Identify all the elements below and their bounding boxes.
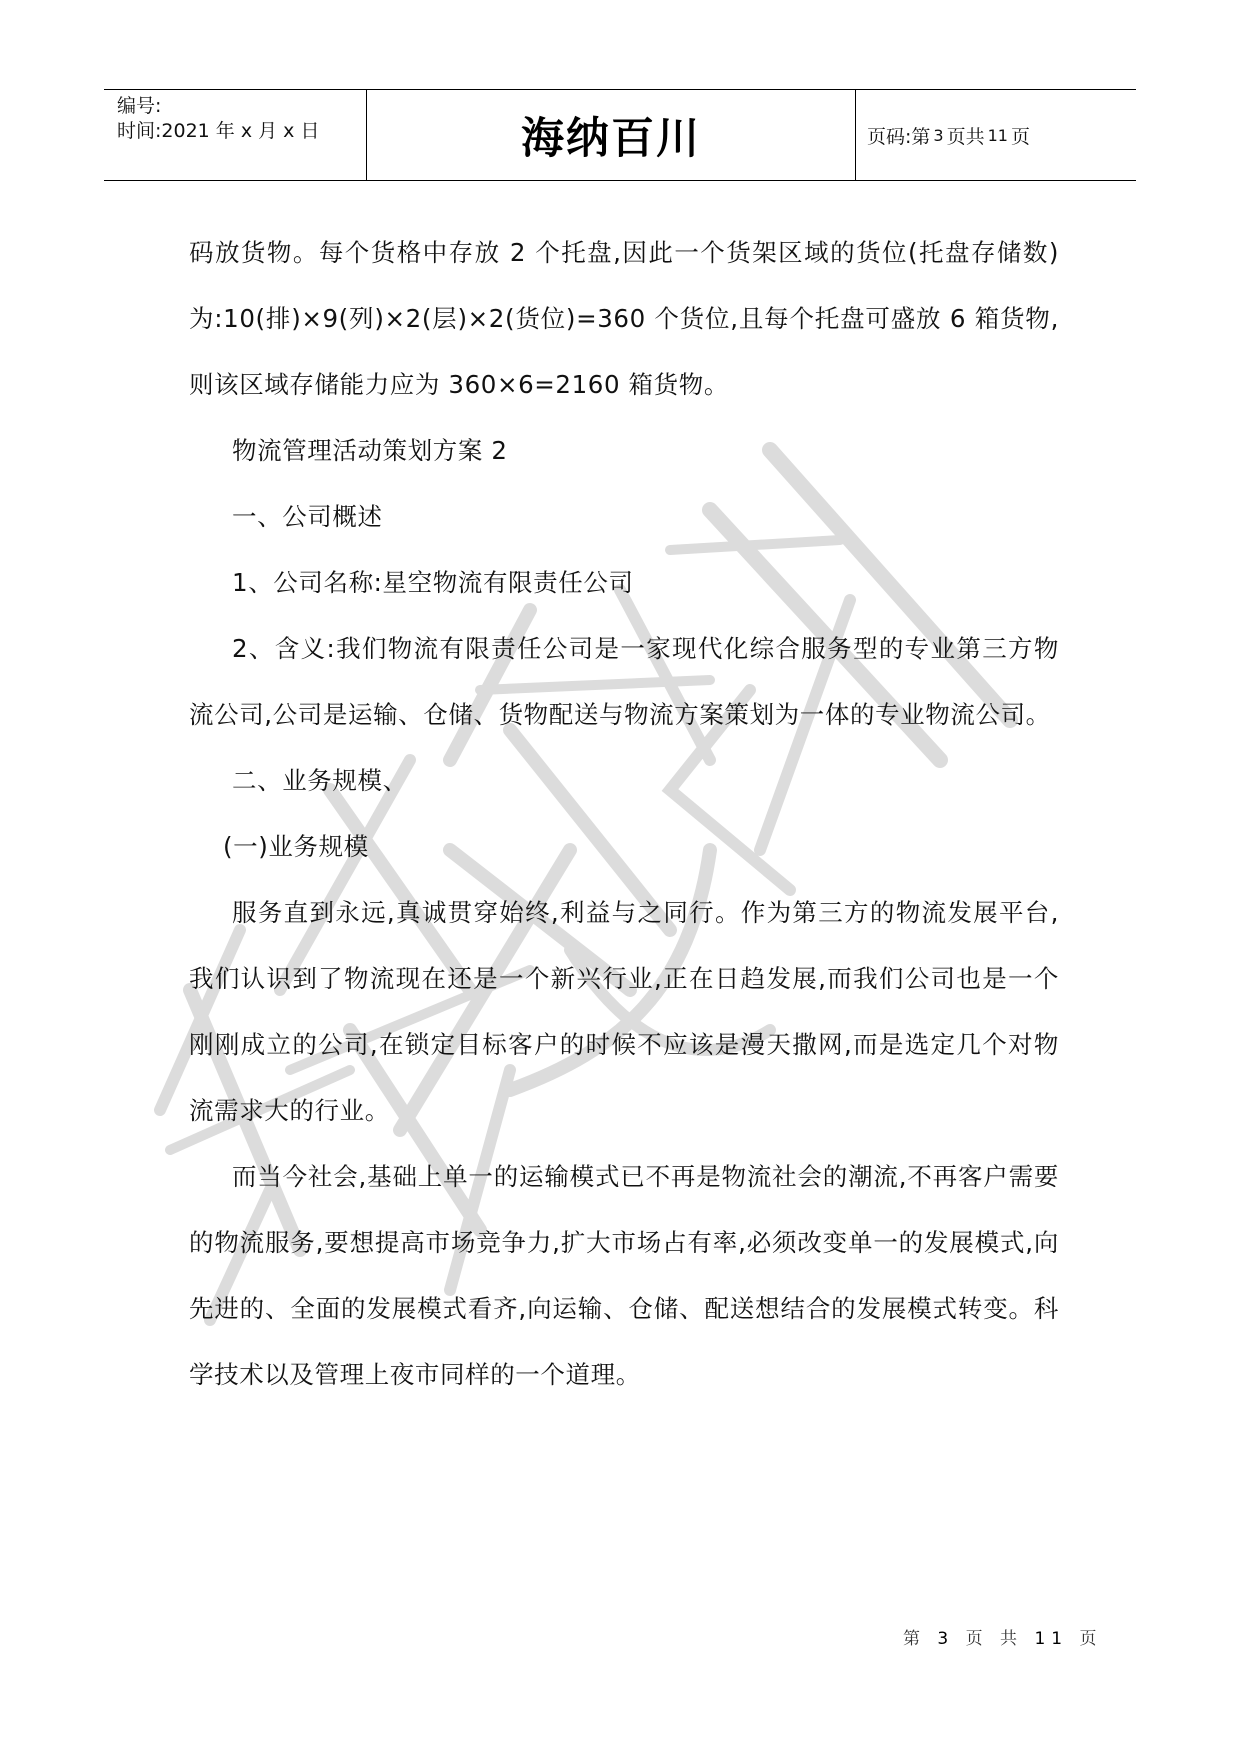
footer-current-page: 3 <box>937 1629 954 1649</box>
footer-prefix: 第 <box>903 1629 926 1649</box>
page-footer: 第 3 页 共 11 页 <box>903 1624 1103 1649</box>
page-label-suffix: 页 <box>1011 122 1030 149</box>
header-brand-cell: 海纳百川 <box>367 90 856 180</box>
brand-title: 海纳百川 <box>521 105 701 166</box>
header-meta-cell: 编号: 时间:2021 年 x 月 x 日 <box>104 90 367 180</box>
company-name-line: 1、公司名称:星空物流有限责任公司 <box>189 550 1059 616</box>
paragraph-continuation: 码放货物。每个货格中存放 2 个托盘,因此一个货架区域的货位(托盘存储数)为:1… <box>189 220 1059 418</box>
company-meaning-paragraph: 2、含义:我们物流有限责任公司是一家现代化综合服务型的专业第三方物流公司,公司是… <box>189 616 1059 748</box>
page-total: 11 <box>985 126 1011 145</box>
section-heading-business-scale: 二、业务规模、 <box>189 748 1059 814</box>
footer-total-pages: 11 <box>1034 1629 1068 1649</box>
subsection-heading-business-scale: (一)业务规模 <box>189 814 1059 880</box>
footer-mid: 页 共 <box>966 1629 1023 1649</box>
date-label: 时间:2021 年 x 月 x 日 <box>117 119 366 144</box>
page-current: 3 <box>930 126 946 145</box>
business-scale-paragraph-2: 而当今社会,基础上单一的运输模式已不再是物流社会的潮流,不再客户需要的物流服务,… <box>189 1144 1059 1408</box>
page-label-prefix: 页码:第 <box>867 122 930 149</box>
section-title: 物流管理活动策划方案 2 <box>189 418 1059 484</box>
page-label-mid: 页共 <box>947 122 985 149</box>
footer-suffix: 页 <box>1080 1629 1103 1649</box>
serial-number-label: 编号: <box>117 94 366 119</box>
section-heading-company-overview: 一、公司概述 <box>189 484 1059 550</box>
document-body: 码放货物。每个货格中存放 2 个托盘,因此一个货架区域的货位(托盘存储数)为:1… <box>189 220 1059 1408</box>
document-header: 编号: 时间:2021 年 x 月 x 日 海纳百川 页码:第3页共11页 <box>104 89 1136 181</box>
header-page-cell: 页码:第3页共11页 <box>856 90 1136 180</box>
business-scale-paragraph-1: 服务直到永远,真诚贯穿始终,利益与之同行。作为第三方的物流发展平台,我们认识到了… <box>189 880 1059 1144</box>
